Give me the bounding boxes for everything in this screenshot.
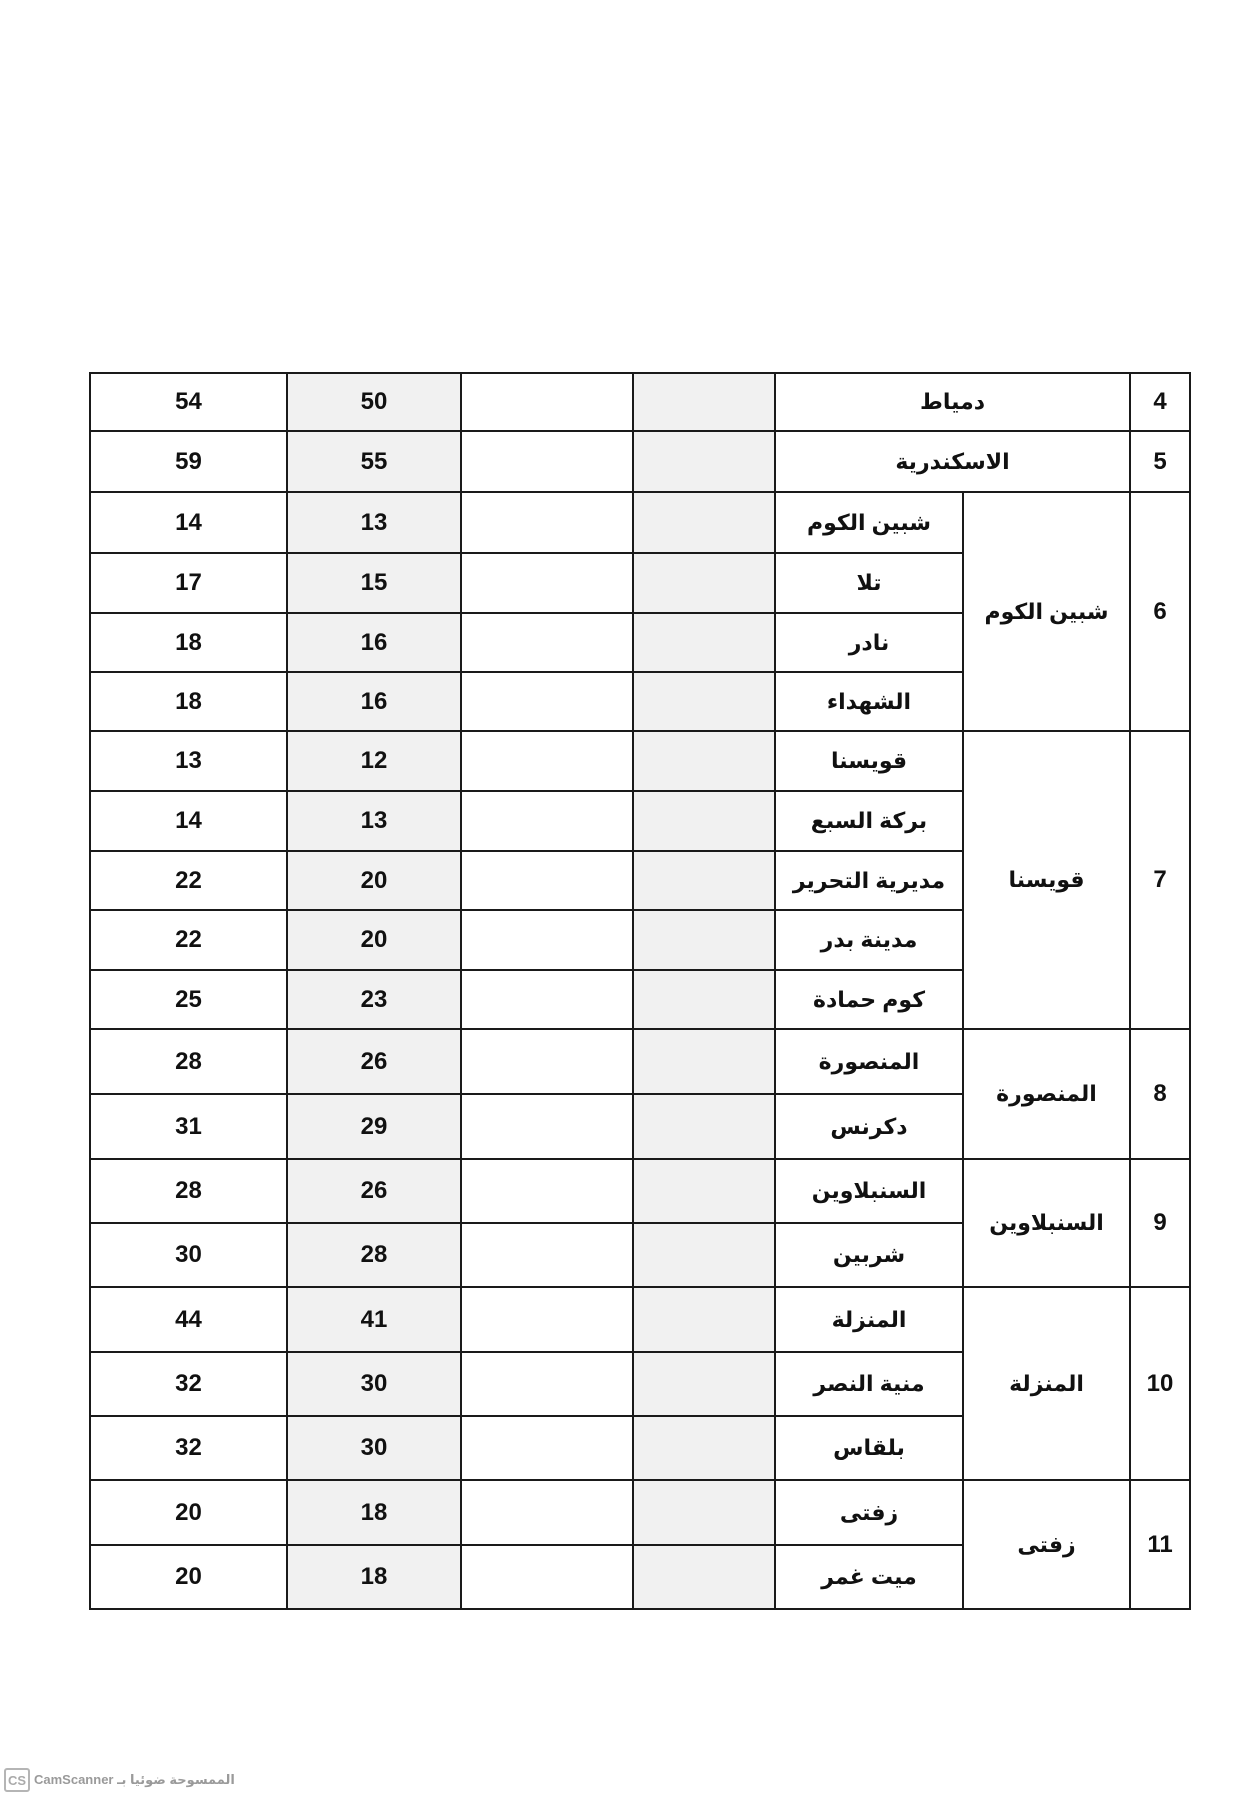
branch-cell: نادر <box>775 613 963 672</box>
value-cell: 16 <box>287 613 461 672</box>
group-cell: قويسنا <box>963 731 1130 1029</box>
row-number: 9 <box>1130 1159 1190 1287</box>
group-cell: المنزلة <box>963 1287 1130 1480</box>
empty-cell <box>461 1352 633 1416</box>
total-cell: 20 <box>90 1480 287 1545</box>
empty-cell <box>633 1159 775 1223</box>
empty-cell <box>633 1545 775 1609</box>
value-cell: 30 <box>287 1352 461 1416</box>
total-cell: 18 <box>90 613 287 672</box>
value-cell: 13 <box>287 492 461 553</box>
branch-cell: زفتى <box>775 1480 963 1545</box>
total-cell: 30 <box>90 1223 287 1287</box>
row-number: 7 <box>1130 731 1190 1029</box>
empty-cell <box>633 373 775 431</box>
empty-cell <box>633 970 775 1029</box>
total-cell: 18 <box>90 672 287 731</box>
total-cell: 22 <box>90 910 287 970</box>
value-cell: 50 <box>287 373 461 431</box>
empty-cell <box>461 672 633 731</box>
empty-cell <box>461 373 633 431</box>
branch-cell: مدينة بدر <box>775 910 963 970</box>
empty-cell <box>633 672 775 731</box>
value-cell: 30 <box>287 1416 461 1480</box>
table-row: 44 41 المنزلة المنزلة 10 <box>90 1287 1190 1352</box>
table-row: 28 26 السنبلاوين السنبلاوين 9 <box>90 1159 1190 1223</box>
total-cell: 17 <box>90 553 287 613</box>
value-cell: 20 <box>287 851 461 910</box>
table-row: 20 18 زفتى زفتى 11 <box>90 1480 1190 1545</box>
total-cell: 44 <box>90 1287 287 1352</box>
empty-cell <box>633 1287 775 1352</box>
empty-cell <box>633 1352 775 1416</box>
branch-cell: المنصورة <box>775 1029 963 1094</box>
branch-cell: تلا <box>775 553 963 613</box>
empty-cell <box>461 1094 633 1159</box>
value-cell: 26 <box>287 1029 461 1094</box>
empty-cell <box>633 1094 775 1159</box>
empty-cell <box>633 1416 775 1480</box>
value-cell: 15 <box>287 553 461 613</box>
total-cell: 28 <box>90 1159 287 1223</box>
branch-cell: شربين <box>775 1223 963 1287</box>
value-cell: 18 <box>287 1480 461 1545</box>
total-cell: 22 <box>90 851 287 910</box>
empty-cell <box>461 851 633 910</box>
empty-cell <box>633 1029 775 1094</box>
group-cell: شبين الكوم <box>963 492 1130 731</box>
empty-cell <box>461 1480 633 1545</box>
branch-cell: ميت غمر <box>775 1545 963 1609</box>
value-cell: 20 <box>287 910 461 970</box>
camscanner-logo-icon: CS <box>4 1768 30 1792</box>
row-number: 6 <box>1130 492 1190 731</box>
total-cell: 59 <box>90 431 287 492</box>
watermark-text: الممسوحة ضوئيا بـ CamScanner <box>34 1772 235 1788</box>
empty-cell <box>461 1416 633 1480</box>
row-number: 11 <box>1130 1480 1190 1609</box>
value-cell: 12 <box>287 731 461 791</box>
empty-cell <box>633 910 775 970</box>
branch-cell: كوم حمادة <box>775 970 963 1029</box>
value-cell: 26 <box>287 1159 461 1223</box>
empty-cell <box>633 731 775 791</box>
governorate-cell: دمياط <box>775 373 1130 431</box>
total-cell: 25 <box>90 970 287 1029</box>
value-cell: 28 <box>287 1223 461 1287</box>
value-cell: 41 <box>287 1287 461 1352</box>
empty-cell <box>461 1159 633 1223</box>
empty-cell <box>461 492 633 553</box>
empty-cell <box>633 613 775 672</box>
value-cell: 29 <box>287 1094 461 1159</box>
group-cell: المنصورة <box>963 1029 1130 1159</box>
empty-cell <box>461 1545 633 1609</box>
total-cell: 14 <box>90 791 287 851</box>
total-cell: 20 <box>90 1545 287 1609</box>
row-number: 5 <box>1130 431 1190 492</box>
empty-cell <box>633 1480 775 1545</box>
table-row: 59 55 الاسكندرية 5 <box>90 431 1190 492</box>
branch-cell: منية النصر <box>775 1352 963 1416</box>
branch-cell: شبين الكوم <box>775 492 963 553</box>
camscanner-watermark: CS الممسوحة ضوئيا بـ CamScanner <box>4 1768 235 1792</box>
governorate-cell: الاسكندرية <box>775 431 1130 492</box>
total-cell: 14 <box>90 492 287 553</box>
branch-cell: قويسنا <box>775 731 963 791</box>
data-table: 54 50 دمياط 4 59 55 الاسكندرية 5 14 13 ش… <box>89 372 1191 1610</box>
table-row: 28 26 المنصورة المنصورة 8 <box>90 1029 1190 1094</box>
empty-cell <box>633 553 775 613</box>
empty-cell <box>461 553 633 613</box>
value-cell: 16 <box>287 672 461 731</box>
group-cell: زفتى <box>963 1480 1130 1609</box>
row-number: 8 <box>1130 1029 1190 1159</box>
branch-cell: بلقاس <box>775 1416 963 1480</box>
empty-cell <box>461 1029 633 1094</box>
total-cell: 13 <box>90 731 287 791</box>
total-cell: 32 <box>90 1416 287 1480</box>
value-cell: 13 <box>287 791 461 851</box>
group-cell: السنبلاوين <box>963 1159 1130 1287</box>
branch-cell: الشهداء <box>775 672 963 731</box>
empty-cell <box>461 431 633 492</box>
empty-cell <box>461 731 633 791</box>
row-number: 4 <box>1130 373 1190 431</box>
branch-cell: المنزلة <box>775 1287 963 1352</box>
total-cell: 32 <box>90 1352 287 1416</box>
empty-cell <box>633 851 775 910</box>
empty-cell <box>633 431 775 492</box>
branch-cell: مديرية التحرير <box>775 851 963 910</box>
empty-cell <box>461 613 633 672</box>
branch-cell: السنبلاوين <box>775 1159 963 1223</box>
table-row: 14 13 شبين الكوم شبين الكوم 6 <box>90 492 1190 553</box>
value-cell: 23 <box>287 970 461 1029</box>
value-cell: 18 <box>287 1545 461 1609</box>
branch-cell: دكرنس <box>775 1094 963 1159</box>
empty-cell <box>461 1287 633 1352</box>
total-cell: 54 <box>90 373 287 431</box>
empty-cell <box>633 1223 775 1287</box>
branch-cell: بركة السبع <box>775 791 963 851</box>
value-cell: 55 <box>287 431 461 492</box>
empty-cell <box>461 1223 633 1287</box>
table-row: 54 50 دمياط 4 <box>90 373 1190 431</box>
row-number: 10 <box>1130 1287 1190 1480</box>
empty-cell <box>633 492 775 553</box>
empty-cell <box>633 791 775 851</box>
table-row: 13 12 قويسنا قويسنا 7 <box>90 731 1190 791</box>
total-cell: 31 <box>90 1094 287 1159</box>
empty-cell <box>461 970 633 1029</box>
empty-cell <box>461 791 633 851</box>
total-cell: 28 <box>90 1029 287 1094</box>
empty-cell <box>461 910 633 970</box>
